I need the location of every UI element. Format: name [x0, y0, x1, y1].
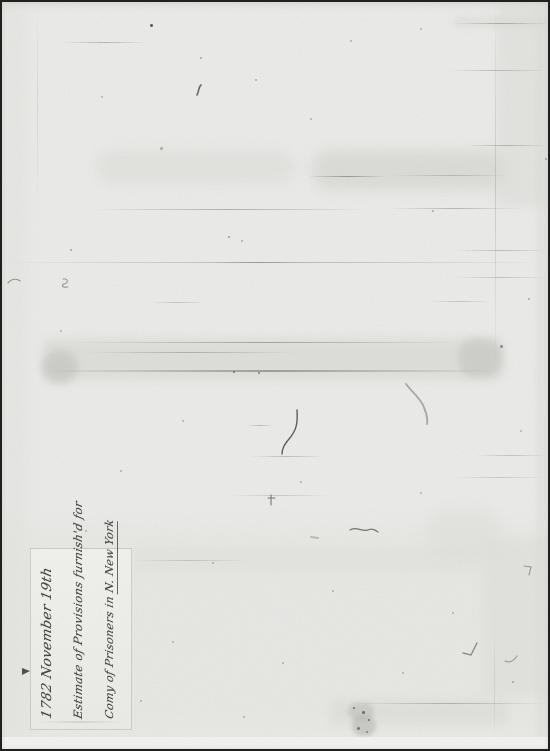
- scan-speck: [172, 641, 174, 643]
- endorsement-label: 1782 November 19th Estimate of Provision…: [30, 548, 132, 730]
- scan-speck: [362, 711, 365, 714]
- scan-speck: [545, 158, 547, 160]
- fold-line-vertical-lower: [494, 618, 495, 748]
- endorsement-recipient-underlined: N. New York: [103, 518, 118, 594]
- smudge-band-right-of-slip: [132, 546, 482, 572]
- scan-speck: [228, 236, 230, 238]
- scan-speck: [500, 345, 503, 348]
- scan-speck: [150, 24, 153, 27]
- scan-speck: [366, 731, 368, 733]
- smudge-band-upper-right: [312, 150, 507, 190]
- smudge-blob-middle-left: [42, 350, 78, 384]
- scan-speck: [101, 96, 103, 98]
- scan-speck: [255, 79, 257, 81]
- scan-speck: [350, 40, 352, 42]
- scan-speck: [452, 612, 454, 614]
- scan-speck: [420, 492, 422, 494]
- scan-speck: [512, 681, 514, 683]
- endorsement-recipient-prefix: Comy of Prisoners in: [103, 591, 116, 720]
- scan-streak: [250, 456, 324, 457]
- scan-streak: [230, 495, 330, 496]
- scan-speck: [140, 700, 142, 702]
- scan-speck: [212, 562, 214, 564]
- scan-streak: [62, 42, 147, 43]
- scan-speck: [85, 530, 87, 532]
- scan-speck: [70, 249, 72, 251]
- scan-streak: [42, 370, 500, 372]
- endorsement-line-date: 1782 November 19th: [32, 539, 63, 722]
- scanned-document-page: 1782 November 19th Estimate of Provision…: [0, 0, 550, 751]
- scan-speck: [241, 240, 243, 242]
- scan-speck: [243, 716, 245, 718]
- scan-speck: [120, 470, 122, 472]
- scan-streak: [392, 175, 510, 176]
- smudge-band-upper-left: [95, 150, 295, 184]
- scan-streak: [452, 23, 550, 24]
- scan-streak: [132, 560, 250, 561]
- scan-speck: [332, 590, 334, 592]
- scan-speck: [368, 719, 370, 721]
- streak-band-top-right: [452, 16, 548, 28]
- scan-streak: [455, 477, 545, 478]
- scan-speck: [520, 430, 522, 432]
- scan-streak: [208, 262, 303, 263]
- scan-speck: [420, 28, 422, 30]
- scan-streak: [428, 301, 490, 302]
- scan-vline-left: [37, 0, 38, 212]
- endorsement-line-title: Estimate of Provisions furnish'd for: [63, 539, 94, 722]
- scan-streak: [246, 425, 274, 426]
- scan-speck: [182, 420, 184, 422]
- scan-streak: [455, 277, 547, 278]
- scan-speck: [357, 727, 360, 730]
- scan-speck: [200, 57, 202, 59]
- scan-streak: [308, 176, 386, 177]
- scan-streak: [474, 455, 548, 456]
- fold-line-vertical: [495, 0, 496, 378]
- scan-streak: [150, 302, 205, 303]
- scan-bottom-margin: [2, 737, 548, 749]
- scan-speck: [160, 147, 163, 150]
- scan-speck: [233, 371, 235, 373]
- scan-speck: [60, 330, 62, 332]
- scan-streak: [448, 70, 548, 71]
- scan-speck: [258, 372, 260, 374]
- scan-speck: [300, 481, 302, 483]
- scan-streak: [465, 145, 548, 146]
- endorsement-line-recipient: Comy of Prisoners in N. New York: [94, 539, 125, 722]
- scan-streak: [70, 342, 462, 343]
- scan-speck: [402, 672, 404, 674]
- scan-streak: [85, 352, 297, 353]
- endorsement-text-block: 1782 November 19th Estimate of Provision…: [31, 546, 128, 725]
- smudge-band-middle: [42, 338, 504, 380]
- scan-speck: [353, 707, 355, 709]
- scan-speck: [432, 210, 434, 212]
- scan-speck: [528, 298, 530, 300]
- scan-streak: [388, 208, 520, 209]
- shade-top-edge: [0, 0, 550, 8]
- scan-streak: [455, 250, 548, 251]
- scan-speck: [310, 118, 312, 120]
- scan-streak: [90, 209, 368, 210]
- scan-streak: [350, 703, 548, 704]
- shade-right-edge: [536, 0, 548, 751]
- scan-speck: [282, 662, 284, 664]
